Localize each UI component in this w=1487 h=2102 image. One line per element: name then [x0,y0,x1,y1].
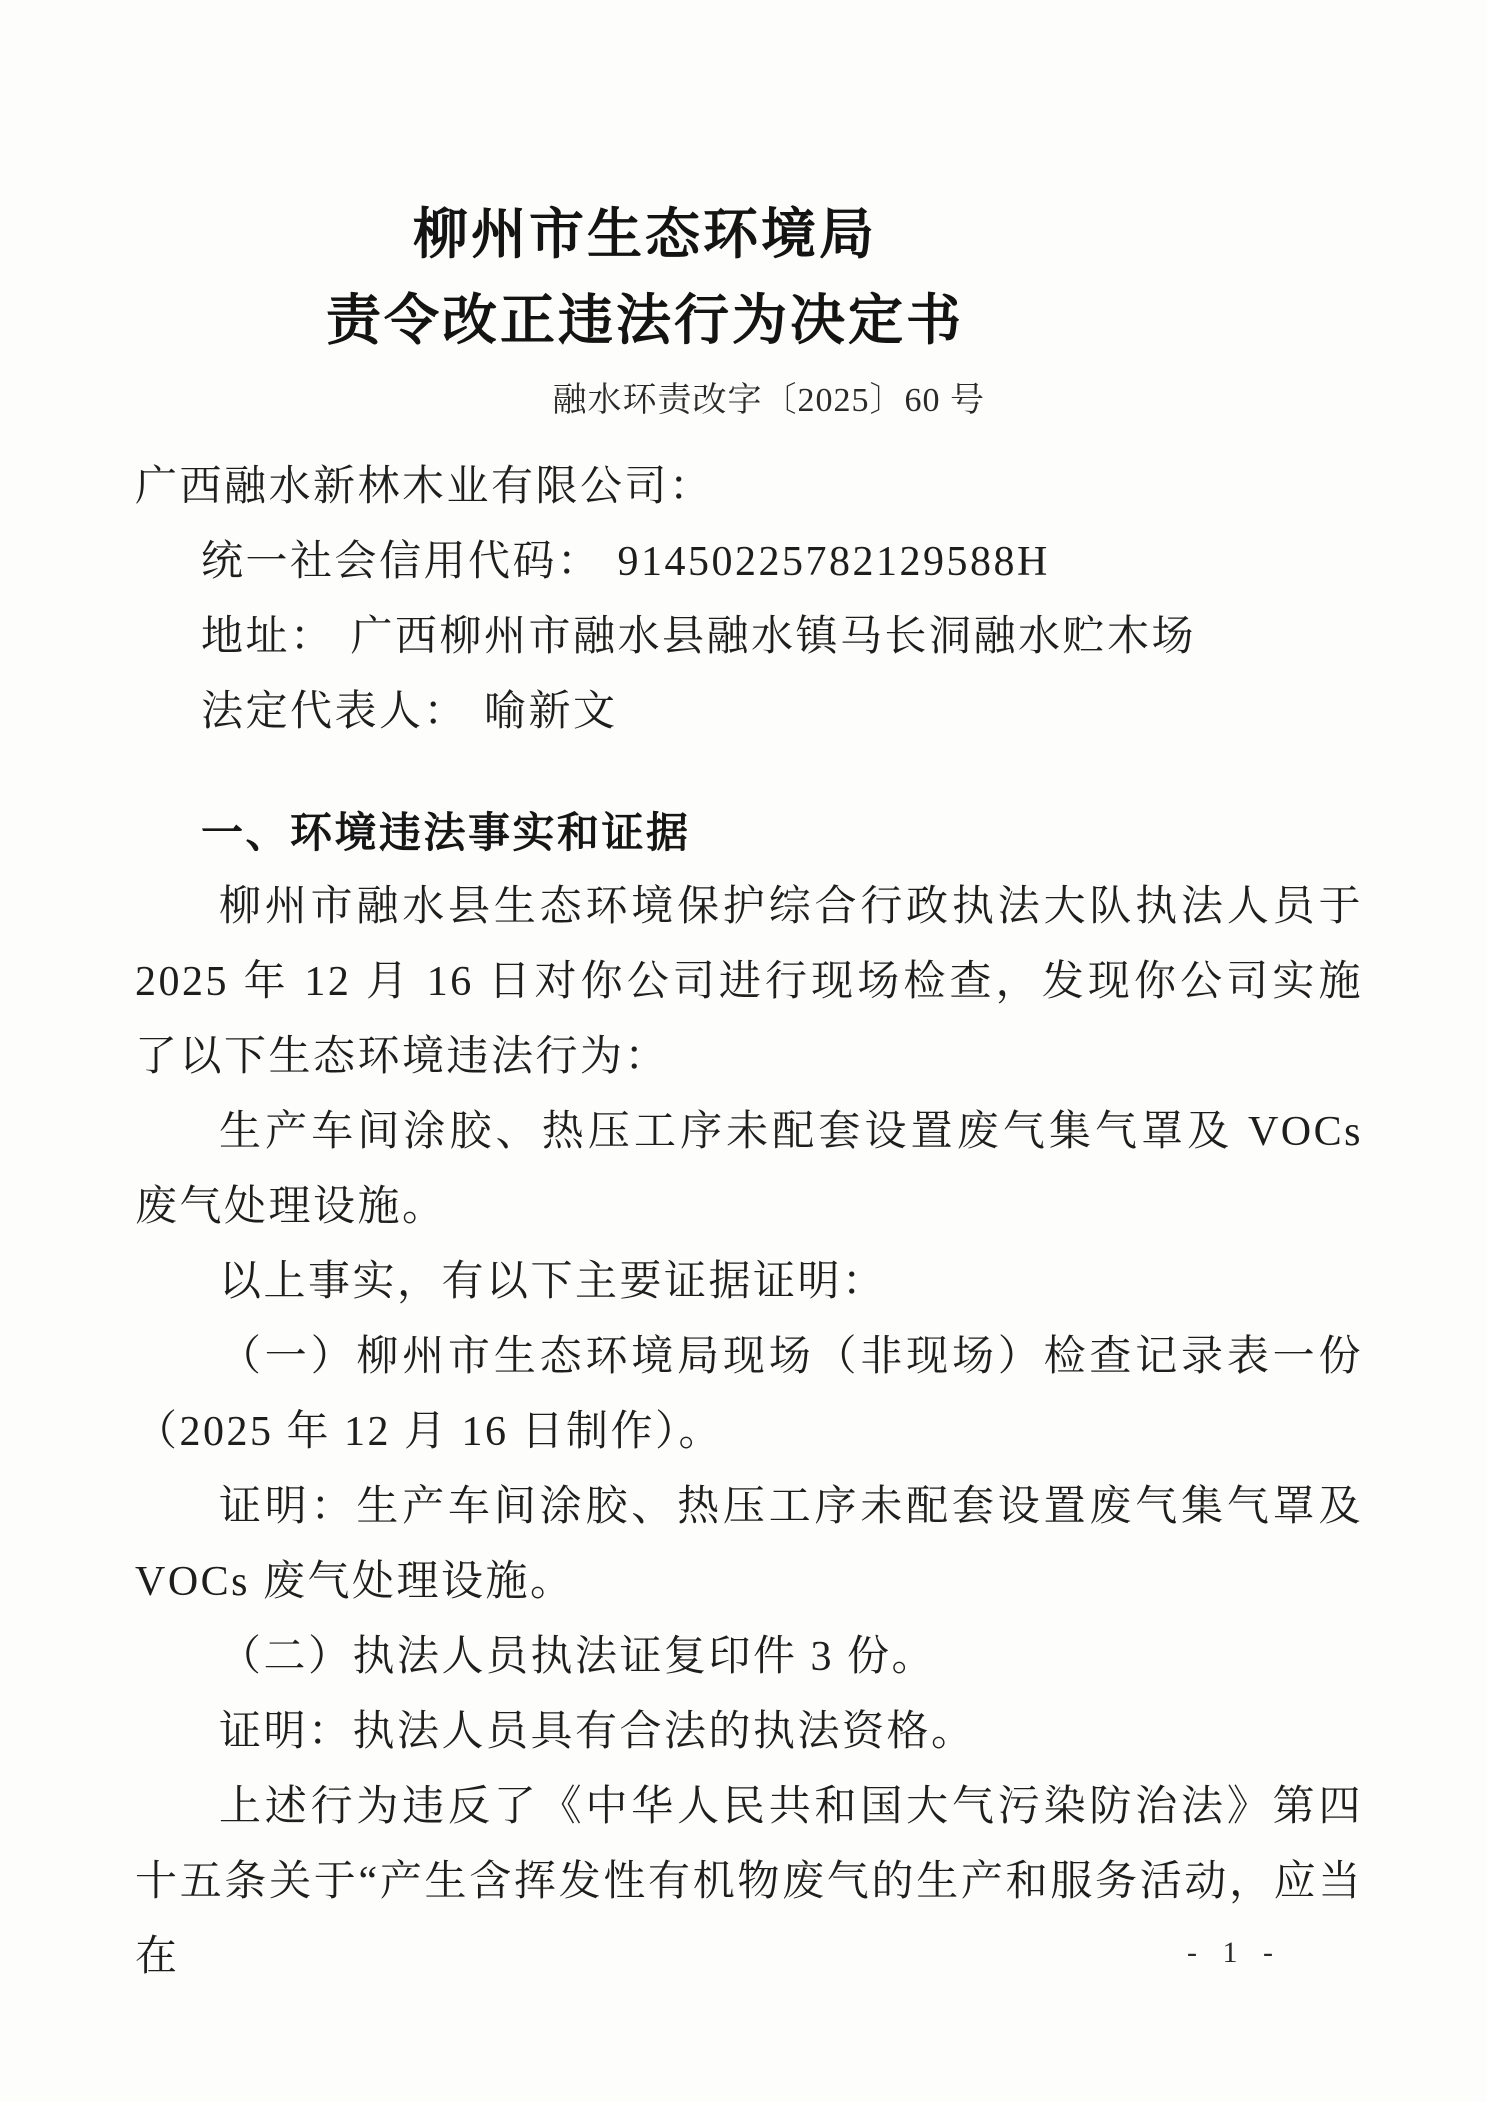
field-legal-representative: 法定代表人：喻新文 [135,675,1363,750]
paragraph-evidence-1: （一）柳州市生态环境局现场（非现场）检查记录表一份（2025 年 12 月 16… [135,1320,1363,1470]
paragraph-evidence-1-proof: 证明：生产车间涂胶、热压工序未配套设置废气集气罩及 VOCs 废气处理设施。 [135,1470,1363,1620]
document-title-line-1: 柳州市生态环境局 [135,192,1155,278]
scanned-document-page: 柳州市生态环境局 责令改正违法行为决定书 融水环责改字〔2025〕60 号 广西… [0,0,1487,2102]
field-address-value: 广西柳州市融水县融水镇马长洞融水贮木场 [351,614,1197,660]
document-reference-number: 融水环责改字〔2025〕60 号 [135,378,1155,424]
section-1-body: 柳州市融水县生态环境保护综合行政执法大队执法人员于 2025 年 12 月 16… [135,870,1363,1995]
company-info-block: 统一社会信用代码：91450225782129588H 地址：广西柳州市融水县融… [135,525,1363,750]
page-number: - 1 - [1187,1936,1282,1970]
field-address: 地址：广西柳州市融水县融水镇马长洞融水贮木场 [135,600,1363,675]
field-legal-representative-label: 法定代表人： [201,689,468,735]
paragraph-evidence-2-proof: 证明：执法人员具有合法的执法资格。 [135,1695,1363,1770]
paragraph-evidence-2: （二）执法人员执法证复印件 3 份。 [135,1620,1363,1695]
paragraph-law-violation: 上述行为违反了《中华人民共和国大气污染防治法》第四十五条关于“产生含挥发性有机物… [135,1770,1363,1995]
document-title-line-2: 责令改正违法行为决定书 [135,278,1155,364]
paragraph-violation-description: 生产车间涂胶、热压工序未配套设置废气集气罩及 VOCs 废气处理设施。 [135,1095,1363,1245]
paragraph-evidence-intro: 以上事实，有以下主要证据证明： [135,1245,1363,1320]
section-1-heading: 一、环境违法事实和证据 [135,795,1363,870]
field-legal-representative-value: 喻新文 [484,689,618,735]
field-credit-code-value: 91450225782129588H [618,539,1050,585]
field-credit-code-label: 统一社会信用代码： [201,539,602,585]
paragraph-inspection-facts: 柳州市融水县生态环境保护综合行政执法大队执法人员于 2025 年 12 月 16… [135,870,1363,1095]
recipient-company-name: 广西融水新林木业有限公司： [135,450,1363,525]
field-credit-code: 统一社会信用代码：91450225782129588H [135,525,1363,600]
field-address-label: 地址： [201,614,335,660]
document-header: 柳州市生态环境局 责令改正违法行为决定书 [135,192,1155,364]
document-content: 柳州市生态环境局 责令改正违法行为决定书 融水环责改字〔2025〕60 号 广西… [135,0,1363,1995]
